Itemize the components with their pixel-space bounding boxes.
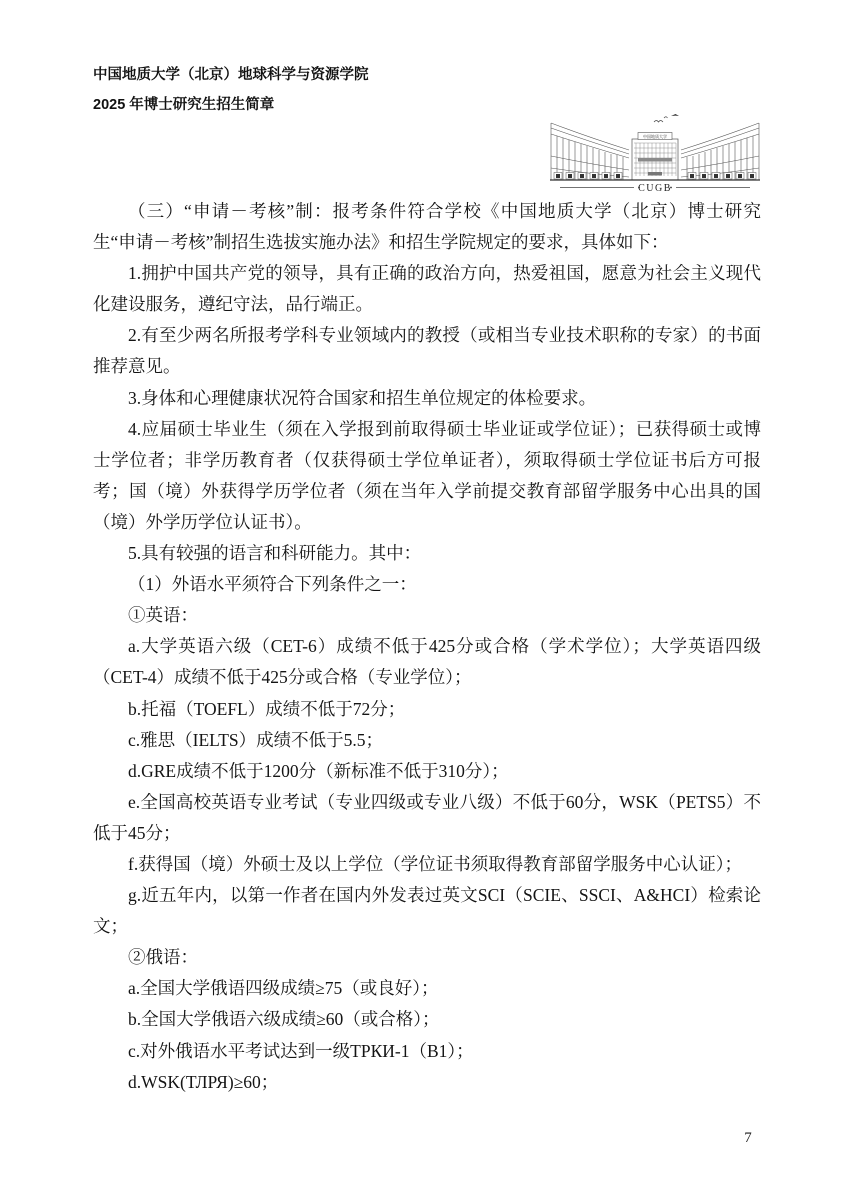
- cugb-building-sketch: 中国地质大学 CUGB: [548, 110, 762, 195]
- building-banner-text: 中国地质大学: [643, 133, 667, 139]
- paragraph-application-assessment: （三）“申请－考核”制：报考条件符合学校《中国地质大学（北京）博士研究生“申请－…: [93, 196, 761, 258]
- paragraph-english-c: c.雅思（IELTS）成绩不低于5.5；: [93, 725, 761, 756]
- paragraph-russian-heading: ②俄语：: [93, 942, 761, 973]
- document-page: 中国地质大学（北京）地球科学与资源学院 2025 年博士研究生招生简章: [0, 0, 849, 1200]
- paragraph-russian-d: d.WSK(ТЛРЯ)≥60；: [93, 1067, 761, 1098]
- paragraph-english-d: d.GRE成绩不低于1200分（新标准不低于310分）；: [93, 756, 761, 787]
- paragraph-item-1: 1.拥护中国共产党的领导，具有正确的政治方向，热爱祖国，愿意为社会主义现代化建设…: [93, 258, 761, 320]
- paragraph-english-f: f.获得国（境）外硕士及以上学位（学位证书须取得教育部留学服务中心认证）；: [93, 849, 761, 880]
- cugb-caption-text: CUGB: [638, 183, 672, 194]
- paragraph-foreign-language-condition: （1）外语水平须符合下列条件之一：: [93, 569, 761, 600]
- paragraph-english-a: a.大学英语六级（CET-6）成绩不低于425分或合格（学术学位）；大学英语四级…: [93, 631, 761, 693]
- paragraph-english-b: b.托福（TOEFL）成绩不低于72分；: [93, 694, 761, 725]
- paragraph-russian-b: b.全国大学俄语六级成绩≥60（或合格）；: [93, 1004, 761, 1035]
- paragraph-english-e: e.全国高校英语专业考试（专业四级或专业八级）不低于60分，WSK（PETS5）…: [93, 787, 761, 849]
- cugb-caption-row: CUGB: [560, 183, 750, 194]
- page-number: 7: [718, 1130, 778, 1147]
- paragraph-russian-a: a.全国大学俄语四级成绩≥75（或良好）；: [93, 973, 761, 1004]
- paragraph-item-5: 5.具有较强的语言和科研能力。其中：: [93, 538, 761, 569]
- birds-icon: [654, 114, 679, 122]
- cugb-building-sketch-svg: 中国地质大学 CUGB: [548, 110, 762, 195]
- header-school-name: 中国地质大学（北京）地球科学与资源学院: [93, 60, 693, 90]
- paragraph-english-heading: ①英语：: [93, 600, 761, 631]
- paragraph-english-g: g.近五年内，以第一作者在国内外发表过英文SCI（SCIE、SSCI、A&HCI…: [93, 880, 761, 942]
- paragraph-russian-c: c.对外俄语水平考试达到一级ТРКИ-1（B1）；: [93, 1036, 761, 1067]
- paragraph-item-4: 4.应届硕士毕业生（须在入学报到前取得硕士毕业证或学位证）；已获得硕士或博士学位…: [93, 414, 761, 538]
- paragraph-item-3: 3.身体和心理健康状况符合国家和招生单位规定的体检要求。: [93, 383, 761, 414]
- center-building: 中国地质大学: [632, 133, 678, 181]
- paragraph-item-2: 2.有至少两名所报考学科专业领域内的教授（或相当专业技术职称的专家）的书面推荐意…: [93, 320, 761, 382]
- document-body: （三）“申请－考核”制：报考条件符合学校《中国地质大学（北京）博士研究生“申请－…: [93, 196, 761, 1098]
